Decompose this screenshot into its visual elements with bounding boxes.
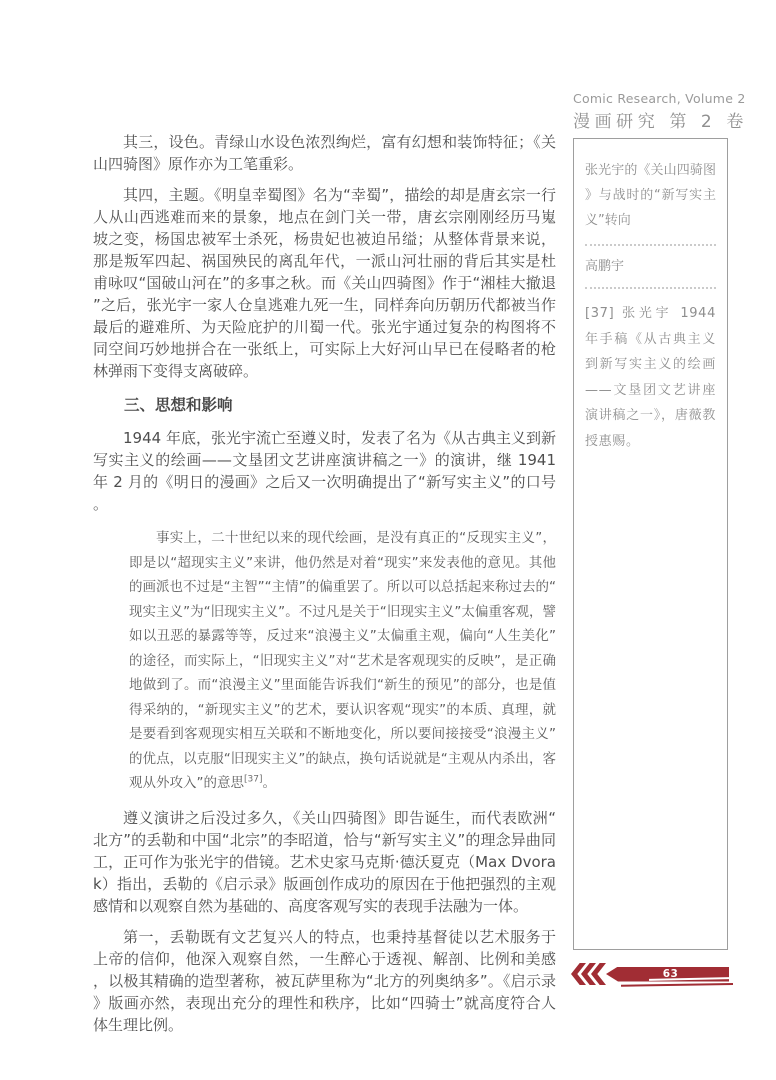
blockquote-period: 。: [262, 775, 276, 791]
sidebar-note-box: 张光宇的《关山四骑图》与战时的“新写实主义”转向 高鹏宇 [37] 张光宇 19…: [573, 138, 728, 950]
dotted-divider: [585, 244, 716, 246]
footnote-ref-37: [37]: [244, 775, 262, 785]
article-title: 张光宇的《关山四骑图》与战时的“新写实主义”转向: [585, 158, 716, 233]
paragraph-durer-li-zhaodao: 遵义演讲之后没过多久，《关山四骑图》即告诞生，而代表欧洲“北方”的丢勒和中国“北…: [93, 807, 556, 917]
journal-title-english: Comic Research, Volume 2: [573, 91, 773, 106]
book-page: 其三，设色。青绿山水设色浓烈绚烂，富有幻想和装饰特征；《关山四骑图》原作亦为工笔…: [0, 0, 776, 1080]
paragraph-speech-1944: 1944 年底，张光宇流亡至遵义时，发表了名为《从古典主义到新写实主义的绘画——…: [93, 427, 556, 515]
paragraph-theme: 其四，主题。《明皇幸蜀图》名为“幸蜀”，描绘的却是唐玄宗一行人从山西逃难而来的景…: [93, 184, 556, 382]
main-text-column: 其三，设色。青绿山水设色浓烈绚烂，富有幻想和装饰特征；《关山四骑图》原作亦为工笔…: [93, 131, 556, 1045]
blockquote-new-realism: 事实上，二十世纪以来的现代绘画，是没有真正的“反现实主义”，即是以“超现实主义”…: [129, 526, 556, 796]
dotted-divider: [585, 287, 716, 289]
section-heading: 三、思想和影响: [93, 394, 556, 416]
page-number-banner: 63: [571, 963, 741, 989]
banner-red-sliver: [621, 983, 733, 987]
footnote-37-text: [37] 张光宇 1944 年手稿《从古典主义到新写实主义的绘画——文垦团文艺讲…: [585, 301, 716, 454]
paragraph-durer-first: 第一，丢勒既有文艺复兴人的特点，也秉持基督徒以艺术服务于上帝的信仰，他深入观察自…: [93, 926, 556, 1036]
journal-header: Comic Research, Volume 2 漫画研究 第 2 卷: [573, 91, 773, 132]
blockquote-text: 事实上，二十世纪以来的现代绘画，是没有真正的“反现实主义”，即是以“超现实主义”…: [129, 530, 556, 791]
paragraph-coloring: 其三，设色。青绿山水设色浓烈绚烂，富有幻想和装饰特征；《关山四骑图》原作亦为工笔…: [93, 131, 556, 175]
article-author: 高鹏宇: [585, 258, 716, 276]
journal-title-chinese: 漫画研究 第 2 卷: [573, 107, 773, 132]
